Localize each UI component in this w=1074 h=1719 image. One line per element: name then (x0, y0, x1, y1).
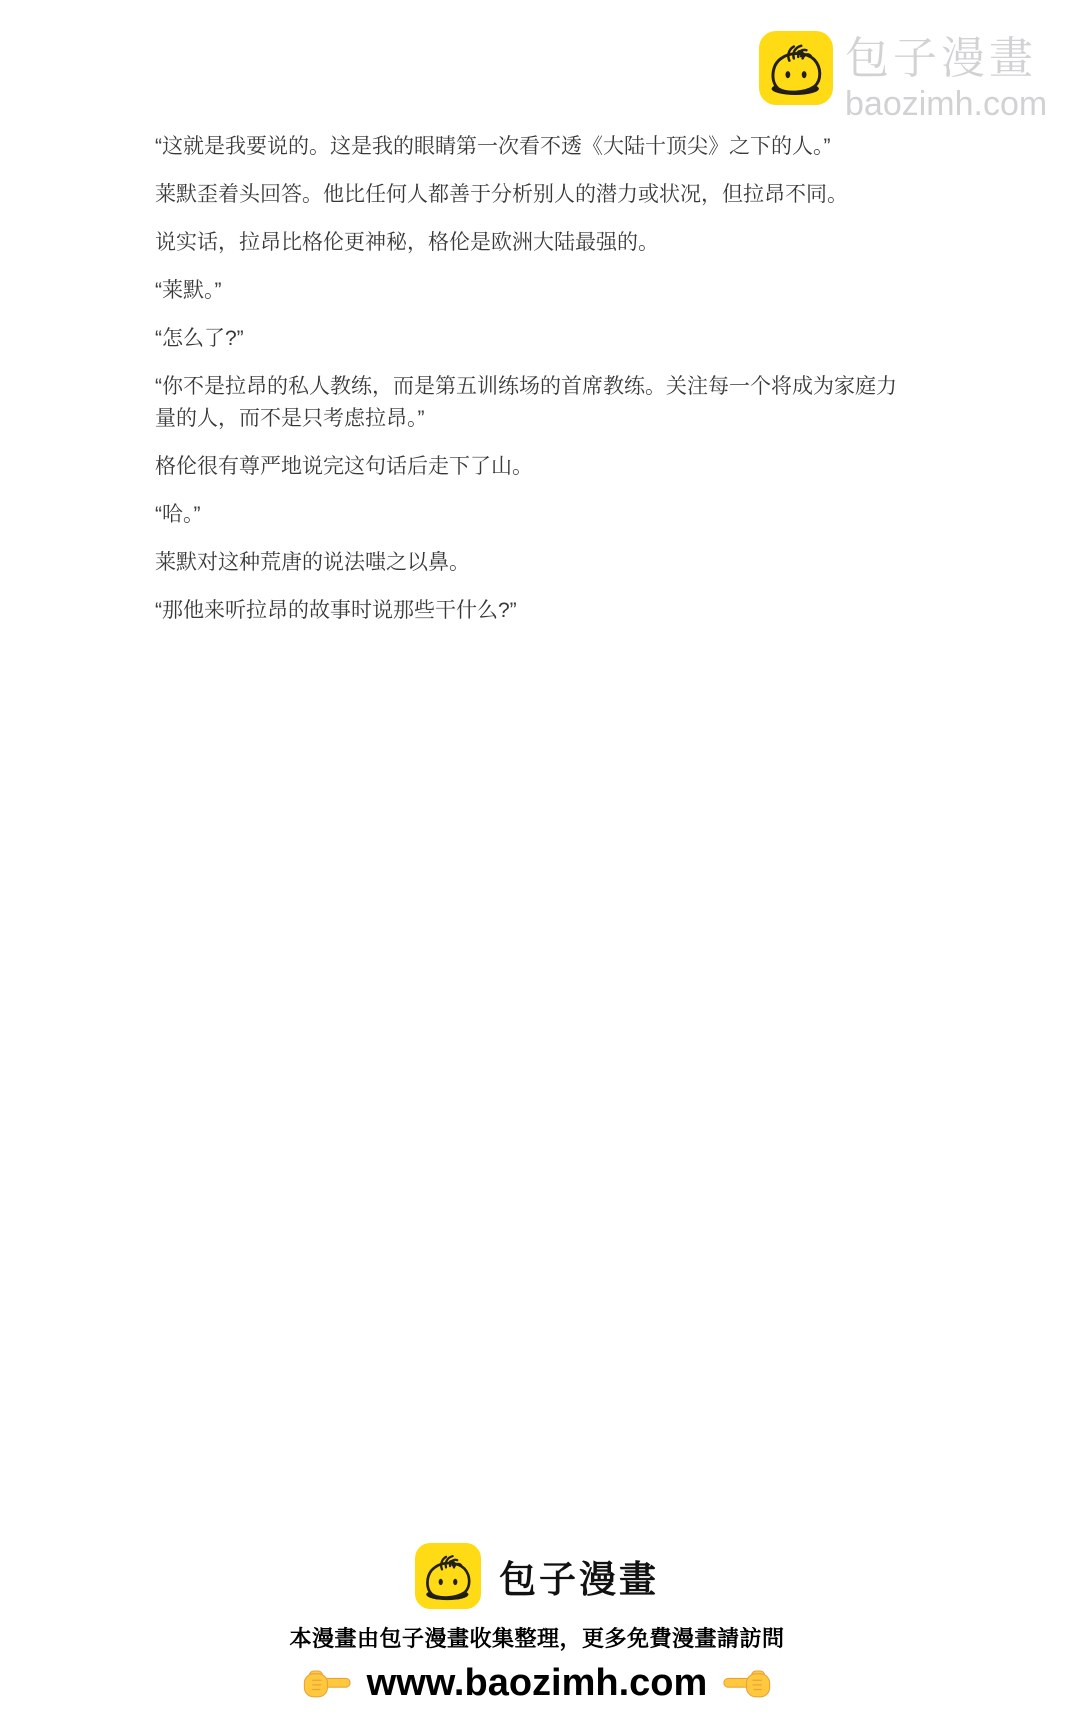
header-brand-text: 包子漫畫 baozimh.com (845, 31, 1047, 121)
paragraph: “莱默。” (155, 275, 915, 307)
article-text-block: “这就是我要说的。这是我的眼睛第一次看不透《大陆十顶尖》之下的人。” 莱默歪着头… (155, 131, 915, 643)
footer-brand-name: 包子漫畫 (499, 1549, 659, 1603)
site-url-link[interactable]: www.baozimh.com (367, 1661, 708, 1705)
footer-brand: 包子漫畫 (0, 1543, 1074, 1609)
header-brand-domain: baozimh.com (845, 87, 1047, 121)
baozi-bun-icon (759, 31, 833, 105)
paragraph: 说实话，拉昂比格伦更神秘，格伦是欧洲大陆最强的。 (155, 227, 915, 259)
paragraph: 莱默对这种荒唐的说法嗤之以鼻。 (155, 547, 915, 579)
paragraph: “怎么了?” (155, 323, 915, 355)
page-root: { "header_brand": { "name": "包子漫畫", "dom… (0, 0, 1074, 1719)
paragraph: “那他来听拉昂的故事时说那些干什么?” (155, 595, 915, 627)
footer-notice: 本漫畫由包子漫畫收集整理，更多免費漫畫請訪問 (0, 1624, 1074, 1654)
paragraph: 格伦很有尊严地说完这句话后走下了山。 (155, 451, 915, 483)
baozi-bun-icon (415, 1543, 481, 1609)
paragraph: “这就是我要说的。这是我的眼睛第一次看不透《大陆十顶尖》之下的人。” (155, 131, 915, 163)
pointing-right-hand-icon (303, 1667, 351, 1699)
header-brand-name: 包子漫畫 (845, 37, 1047, 81)
paragraph: 莱默歪着头回答。他比任何人都善于分析别人的潜力或状况，但拉昂不同。 (155, 179, 915, 211)
pointing-left-hand-icon (723, 1667, 771, 1699)
paragraph: “你不是拉昂的私人教练，而是第五训练场的首席教练。关注每一个将成为家庭力量的人，… (155, 371, 915, 435)
header-brand: 包子漫畫 baozimh.com (759, 31, 1047, 121)
footer-url-row: www.baozimh.com (0, 1661, 1074, 1705)
footer-credit-block: 包子漫畫 本漫畫由包子漫畫收集整理，更多免費漫畫請訪問 www.baozimh.… (0, 1543, 1074, 1705)
paragraph: “哈。” (155, 499, 915, 531)
